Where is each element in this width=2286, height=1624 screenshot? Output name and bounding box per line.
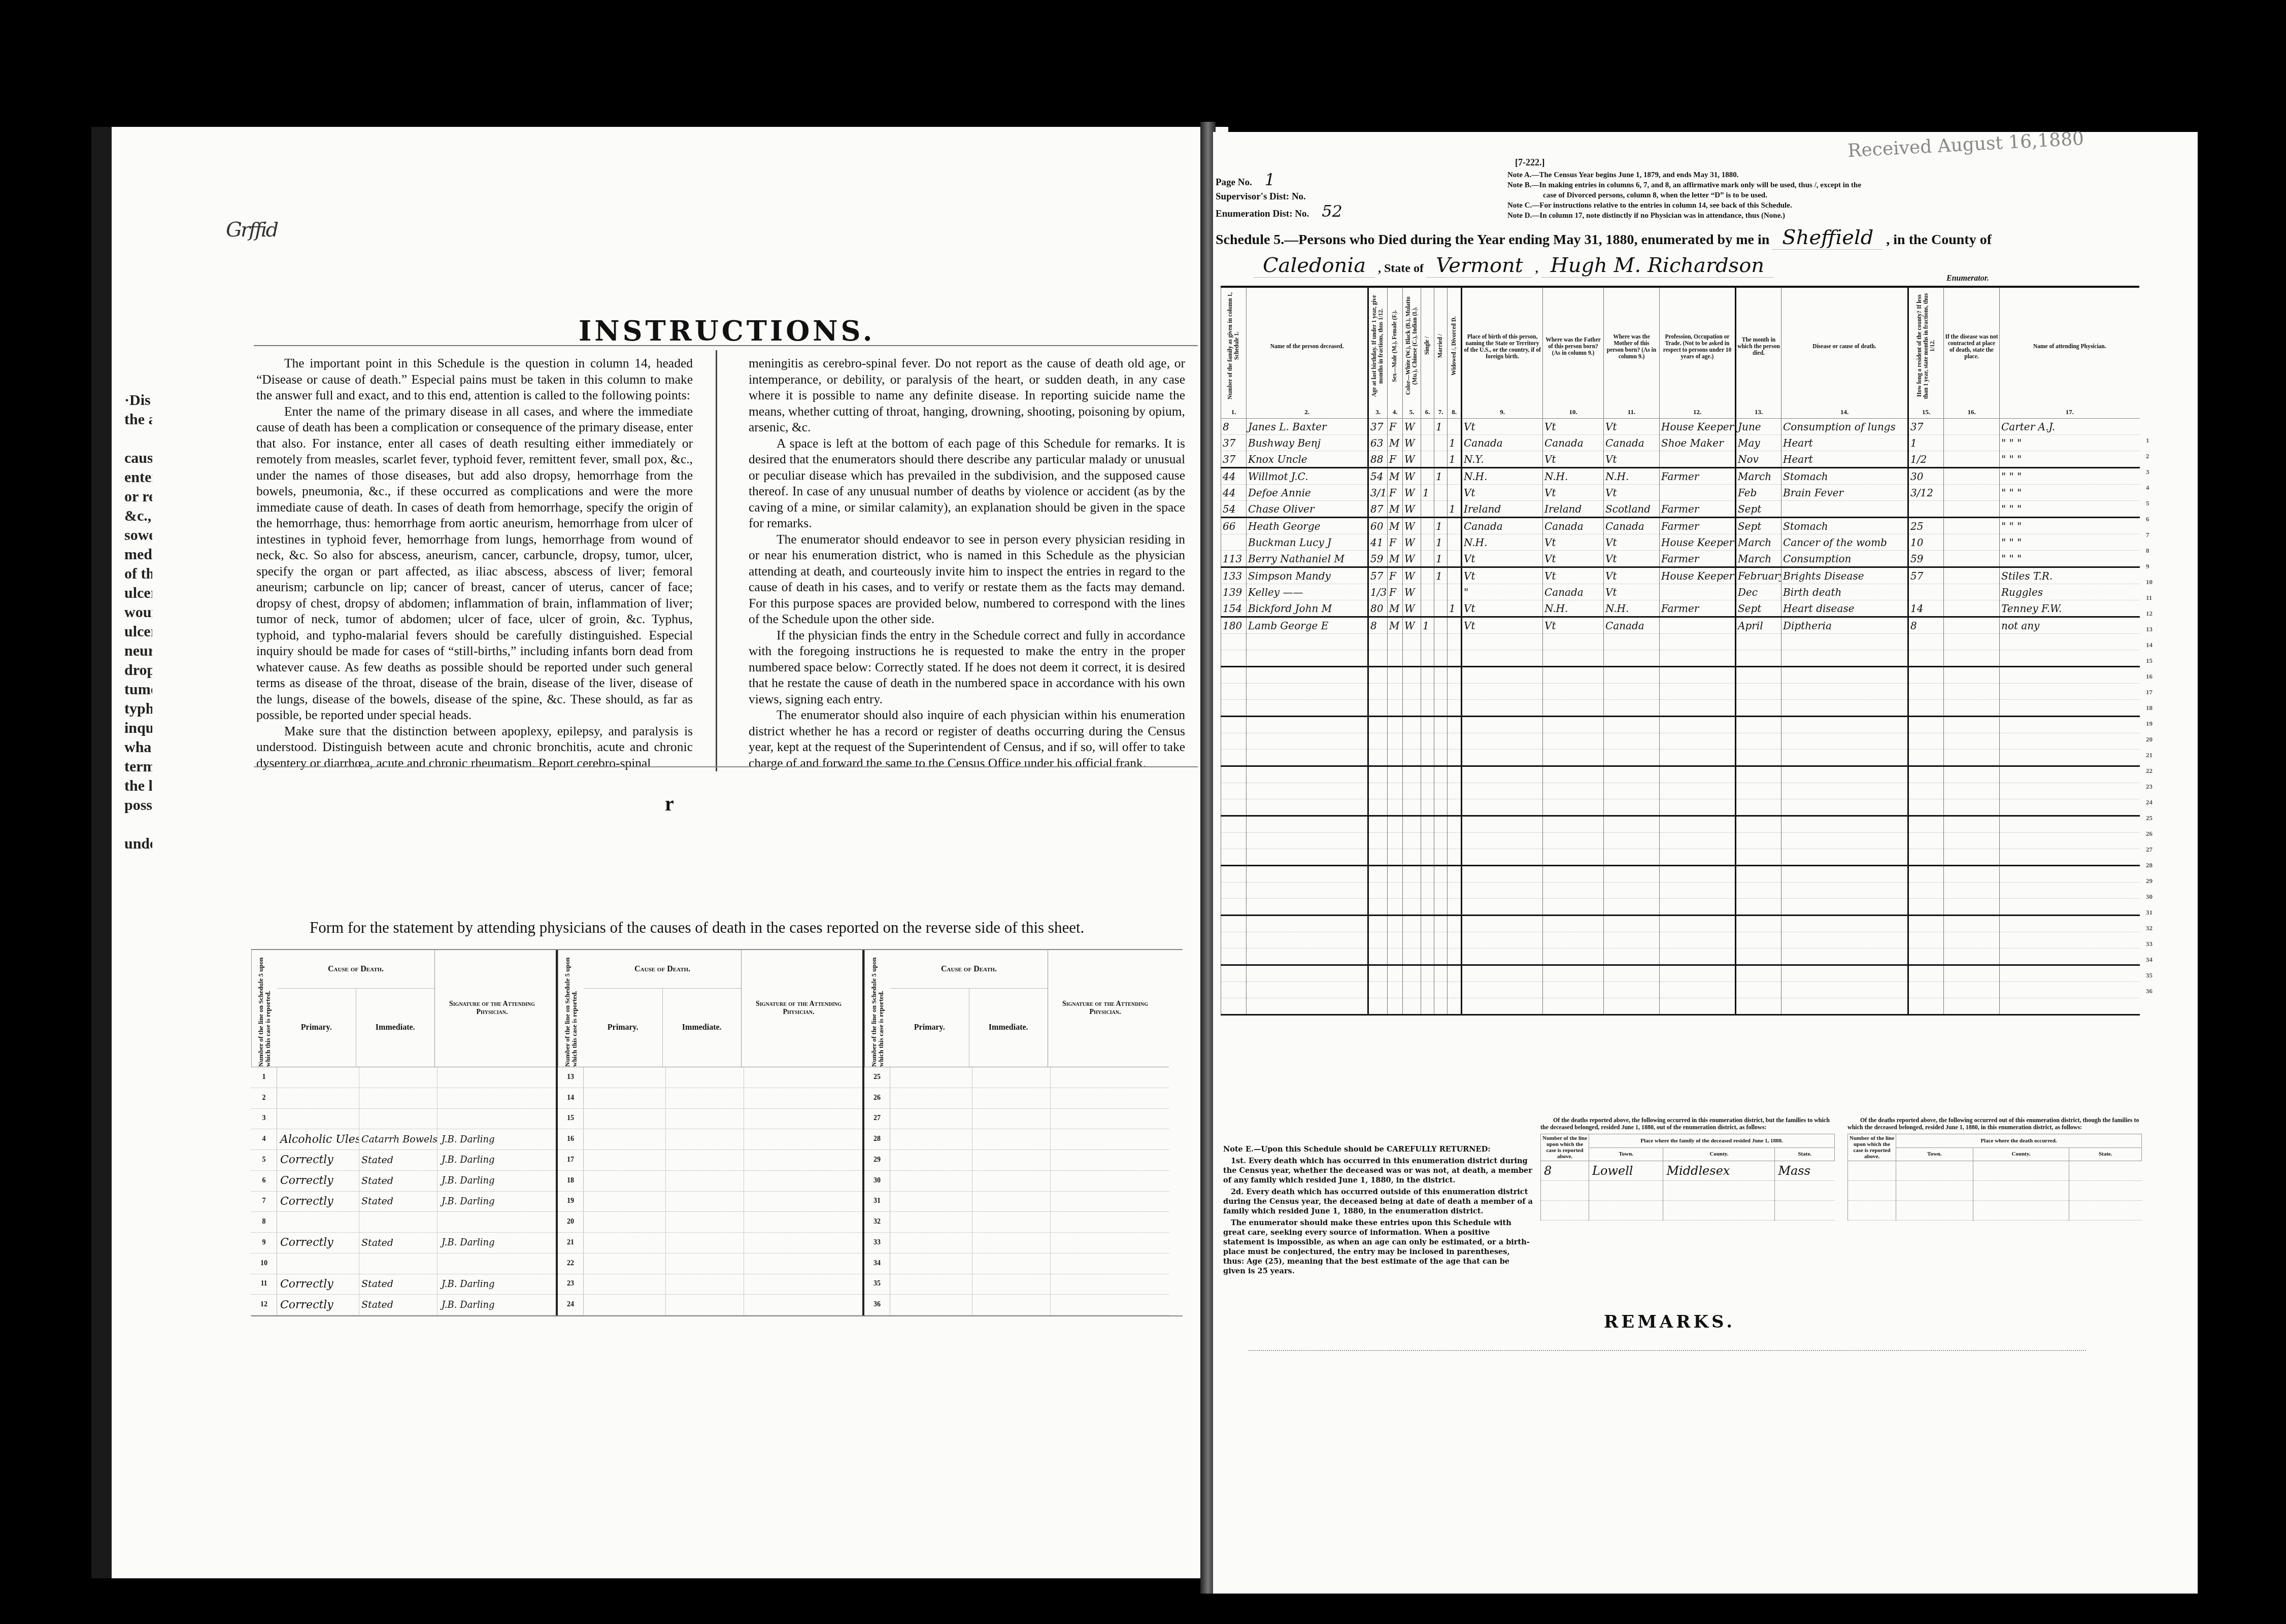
- empty-cell[interactable]: [1462, 833, 1543, 849]
- cell-married[interactable]: 1: [1434, 551, 1448, 567]
- cell-month[interactable]: Nov: [1736, 451, 1781, 468]
- cell-place[interactable]: [1944, 451, 2000, 468]
- cell-physician[interactable]: Stiles T.R.: [2000, 567, 2140, 584]
- empty-cell[interactable]: [1403, 949, 1421, 965]
- cell-sex[interactable]: M: [1388, 600, 1403, 617]
- empty-cell[interactable]: [1462, 982, 1543, 998]
- empty-cell[interactable]: [1736, 783, 1781, 799]
- empty-cell[interactable]: [1736, 916, 1781, 932]
- cell-married[interactable]: [1434, 584, 1448, 600]
- empty-cell[interactable]: [2000, 783, 2140, 799]
- empty-cell[interactable]: [1434, 750, 1448, 766]
- empty-cell[interactable]: [1448, 866, 1462, 883]
- cell-family[interactable]: 54: [1221, 501, 1247, 518]
- cell-occupation[interactable]: Farmer: [1660, 501, 1736, 518]
- cell-place[interactable]: [1944, 468, 2000, 485]
- physician-signature-field[interactable]: [1051, 1274, 1169, 1295]
- empty-cell[interactable]: [1421, 883, 1434, 899]
- cell-age[interactable]: 57: [1368, 567, 1388, 584]
- empty-cell[interactable]: [2000, 816, 2140, 833]
- empty-cell[interactable]: [1462, 733, 1543, 750]
- empty-cell[interactable]: [1368, 634, 1388, 650]
- empty-cell[interactable]: [1604, 684, 1660, 700]
- empty-cell[interactable]: [1660, 700, 1736, 717]
- empty-cell[interactable]: [1421, 866, 1434, 883]
- empty-cell[interactable]: [1908, 982, 1944, 998]
- empty-cell[interactable]: [1421, 650, 1434, 667]
- empty-cell[interactable]: [1944, 783, 2000, 799]
- empty-cell[interactable]: [1908, 750, 1944, 766]
- immediate-cause-field[interactable]: [972, 1067, 1051, 1088]
- empty-cell[interactable]: [1908, 766, 1944, 783]
- cell-family[interactable]: 133: [1221, 567, 1247, 584]
- empty-cell[interactable]: [1221, 634, 1247, 650]
- cell-mother[interactable]: Vt: [1604, 485, 1660, 501]
- cell-widowed[interactable]: [1448, 468, 1462, 485]
- empty-cell[interactable]: [1660, 816, 1736, 833]
- empty-cell[interactable]: [1247, 833, 1368, 849]
- empty-cell[interactable]: [1781, 650, 1908, 667]
- empty-cell[interactable]: [1944, 998, 2000, 1015]
- empty-cell[interactable]: [1543, 733, 1604, 750]
- empty-cell[interactable]: [2000, 916, 2140, 932]
- cell-family[interactable]: 8: [1221, 419, 1247, 435]
- empty-cell[interactable]: [1221, 717, 1247, 733]
- cell-mother[interactable]: N.H.: [1604, 468, 1660, 485]
- empty-cell[interactable]: [1388, 799, 1403, 816]
- cell-father[interactable]: Vt: [1543, 534, 1604, 551]
- empty-cell[interactable]: [1247, 899, 1368, 916]
- empty-cell[interactable]: [1247, 750, 1368, 766]
- empty-cell[interactable]: [1403, 849, 1421, 866]
- cell-color[interactable]: W: [1403, 584, 1421, 600]
- empty-cell[interactable]: [1368, 932, 1388, 949]
- empty-cell[interactable]: [1421, 667, 1434, 684]
- cell-color[interactable]: W: [1403, 485, 1421, 501]
- cell-age[interactable]: 88: [1368, 451, 1388, 468]
- cell-age[interactable]: 59: [1368, 551, 1388, 567]
- immediate-cause-field[interactable]: [666, 1088, 744, 1108]
- empty-cell[interactable]: [1660, 849, 1736, 866]
- cell-residence[interactable]: 8: [1908, 617, 1944, 634]
- empty-cell[interactable]: [1660, 866, 1736, 883]
- empty-cell[interactable]: [1908, 849, 1944, 866]
- physician-signature-field[interactable]: [1051, 1233, 1169, 1253]
- empty-cell[interactable]: [1736, 932, 1781, 949]
- empty-cell[interactable]: [1247, 849, 1368, 866]
- empty-cell[interactable]: [1781, 866, 1908, 883]
- empty-cell[interactable]: [1908, 700, 1944, 717]
- empty-cell[interactable]: [2000, 899, 2140, 916]
- empty-cell[interactable]: [1781, 766, 1908, 783]
- empty-cell[interactable]: [1543, 998, 1604, 1015]
- empty-cell[interactable]: [1448, 667, 1462, 684]
- cell-father[interactable]: Canada: [1543, 584, 1604, 600]
- empty-cell[interactable]: [1221, 700, 1247, 717]
- cell-widowed[interactable]: 1: [1448, 600, 1462, 617]
- empty-cell[interactable]: [1908, 816, 1944, 833]
- cell-occupation[interactable]: [1660, 485, 1736, 501]
- empty-cell[interactable]: [1388, 965, 1403, 982]
- primary-cause-field[interactable]: [584, 1254, 666, 1274]
- cell-month[interactable]: April: [1736, 617, 1781, 634]
- empty-cell[interactable]: [1781, 932, 1908, 949]
- empty-cell[interactable]: [1781, 783, 1908, 799]
- empty-cell[interactable]: [1908, 932, 1944, 949]
- cell-cause[interactable]: Diptheria: [1781, 617, 1908, 634]
- empty-cell[interactable]: [2000, 799, 2140, 816]
- cell-name[interactable]: Buckman Lucy J: [1247, 534, 1368, 551]
- empty-cell[interactable]: [1660, 766, 1736, 783]
- cell-town[interactable]: [1589, 1181, 1663, 1201]
- empty-cell[interactable]: [2000, 883, 2140, 899]
- physician-signature-field[interactable]: [1051, 1295, 1169, 1315]
- cell-occupation[interactable]: Farmer: [1660, 551, 1736, 567]
- empty-cell[interactable]: [2000, 949, 2140, 965]
- immediate-cause-field[interactable]: [359, 1212, 438, 1232]
- empty-cell[interactable]: [1403, 932, 1421, 949]
- primary-cause-field[interactable]: Alcoholic Ules: [277, 1129, 359, 1149]
- cell-county[interactable]: [1973, 1161, 2069, 1181]
- empty-cell[interactable]: [1908, 833, 1944, 849]
- empty-cell[interactable]: [1388, 684, 1403, 700]
- cell-cause[interactable]: Heart: [1781, 451, 1908, 468]
- cell-name[interactable]: Simpson Mandy: [1247, 567, 1368, 584]
- empty-cell[interactable]: [1543, 932, 1604, 949]
- empty-cell[interactable]: [1403, 833, 1421, 849]
- cell-mother[interactable]: Scotland: [1604, 501, 1660, 518]
- cell-birth[interactable]: Vt: [1462, 485, 1543, 501]
- immediate-cause-field[interactable]: [666, 1274, 744, 1295]
- cell-place[interactable]: [1944, 600, 2000, 617]
- cell-place[interactable]: [1944, 567, 2000, 584]
- immediate-cause-field[interactable]: [666, 1109, 744, 1129]
- cell-family[interactable]: 37: [1221, 435, 1247, 451]
- immediate-cause-field[interactable]: [359, 1109, 438, 1129]
- physician-signature-field[interactable]: [1051, 1150, 1169, 1170]
- primary-cause-field[interactable]: [890, 1109, 972, 1129]
- cell-residence[interactable]: 14: [1908, 600, 1944, 617]
- cell-place[interactable]: [1944, 419, 2000, 435]
- empty-cell[interactable]: [1221, 883, 1247, 899]
- cell-residence[interactable]: 25: [1908, 518, 1944, 534]
- cell-occupation[interactable]: [1660, 617, 1736, 634]
- cell-physician[interactable]: " " ": [2000, 468, 2140, 485]
- empty-cell[interactable]: [1388, 982, 1403, 998]
- empty-cell[interactable]: [1403, 783, 1421, 799]
- empty-cell[interactable]: [1403, 883, 1421, 899]
- empty-cell[interactable]: [1448, 816, 1462, 833]
- empty-cell[interactable]: [1388, 700, 1403, 717]
- empty-cell[interactable]: [1388, 916, 1403, 932]
- empty-cell[interactable]: [1434, 932, 1448, 949]
- cell-mother[interactable]: Canada: [1604, 518, 1660, 534]
- empty-cell[interactable]: [1944, 667, 2000, 684]
- cell-state[interactable]: [1775, 1201, 1835, 1221]
- cell-place[interactable]: [1944, 584, 2000, 600]
- empty-cell[interactable]: [1421, 750, 1434, 766]
- cell-place[interactable]: [1944, 485, 2000, 501]
- empty-cell[interactable]: [1448, 982, 1462, 998]
- empty-cell[interactable]: [1944, 684, 2000, 700]
- cell-mother[interactable]: Vt: [1604, 551, 1660, 567]
- empty-cell[interactable]: [1462, 998, 1543, 1015]
- empty-cell[interactable]: [1403, 799, 1421, 816]
- cell-mother[interactable]: Canada: [1604, 617, 1660, 634]
- cell-married[interactable]: [1434, 485, 1448, 501]
- primary-cause-field[interactable]: [584, 1067, 666, 1088]
- cell-family[interactable]: [1221, 534, 1247, 551]
- empty-cell[interactable]: [1944, 634, 2000, 650]
- empty-cell[interactable]: [1736, 899, 1781, 916]
- primary-cause-field[interactable]: [277, 1109, 359, 1129]
- cell-residence[interactable]: 1/2: [1908, 451, 1944, 468]
- cell-mother[interactable]: Vt: [1604, 584, 1660, 600]
- cell-line[interactable]: [1848, 1201, 1896, 1221]
- cell-physician[interactable]: " " ": [2000, 435, 2140, 451]
- cell-birth[interactable]: Canada: [1462, 435, 1543, 451]
- empty-cell[interactable]: [1448, 783, 1462, 799]
- empty-cell[interactable]: [1448, 998, 1462, 1015]
- empty-cell[interactable]: [2000, 932, 2140, 949]
- cell-widowed[interactable]: [1448, 617, 1462, 634]
- cell-age[interactable]: 41: [1368, 534, 1388, 551]
- empty-cell[interactable]: [1736, 949, 1781, 965]
- empty-cell[interactable]: [1660, 965, 1736, 982]
- empty-cell[interactable]: [1462, 717, 1543, 733]
- cell-birth[interactable]: N.H.: [1462, 468, 1543, 485]
- immediate-cause-field[interactable]: Stated: [359, 1150, 438, 1170]
- empty-cell[interactable]: [1604, 634, 1660, 650]
- empty-cell[interactable]: [1221, 799, 1247, 816]
- remarks-line[interactable]: [1249, 1350, 2086, 1351]
- cell-married[interactable]: [1434, 451, 1448, 468]
- empty-cell[interactable]: [1403, 916, 1421, 932]
- empty-cell[interactable]: [1448, 700, 1462, 717]
- empty-cell[interactable]: [1604, 932, 1660, 949]
- empty-cell[interactable]: [1781, 667, 1908, 684]
- empty-cell[interactable]: [1908, 667, 1944, 684]
- cell-mother[interactable]: Vt: [1604, 567, 1660, 584]
- empty-cell[interactable]: [1421, 717, 1434, 733]
- empty-cell[interactable]: [1604, 916, 1660, 932]
- cell-widowed[interactable]: [1448, 551, 1462, 567]
- empty-cell[interactable]: [1448, 766, 1462, 783]
- cell-physician[interactable]: Tenney F.W.: [2000, 600, 2140, 617]
- immediate-cause-field[interactable]: [972, 1109, 1051, 1129]
- empty-cell[interactable]: [1221, 998, 1247, 1015]
- cell-widowed[interactable]: [1448, 534, 1462, 551]
- empty-cell[interactable]: [1221, 932, 1247, 949]
- empty-cell[interactable]: [1462, 849, 1543, 866]
- empty-cell[interactable]: [1736, 883, 1781, 899]
- cell-physician[interactable]: " " ": [2000, 518, 2140, 534]
- empty-cell[interactable]: [1388, 816, 1403, 833]
- cell-color[interactable]: W: [1403, 419, 1421, 435]
- immediate-cause-field[interactable]: [666, 1233, 744, 1253]
- cell-married[interactable]: 1: [1434, 567, 1448, 584]
- cell-physician[interactable]: Ruggles: [2000, 584, 2140, 600]
- empty-cell[interactable]: [1944, 733, 2000, 750]
- empty-cell[interactable]: [1660, 733, 1736, 750]
- cell-father[interactable]: Vt: [1543, 419, 1604, 435]
- immediate-cause-field[interactable]: [666, 1067, 744, 1088]
- empty-cell[interactable]: [1604, 866, 1660, 883]
- cell-name[interactable]: Defoe Annie: [1247, 485, 1368, 501]
- empty-cell[interactable]: [1434, 717, 1448, 733]
- empty-cell[interactable]: [1403, 998, 1421, 1015]
- physician-signature-field[interactable]: [744, 1109, 862, 1129]
- empty-cell[interactable]: [1543, 717, 1604, 733]
- physician-signature-field[interactable]: [1051, 1067, 1169, 1088]
- cell-occupation[interactable]: Farmer: [1660, 600, 1736, 617]
- empty-cell[interactable]: [1781, 816, 1908, 833]
- cell-sex[interactable]: F: [1388, 534, 1403, 551]
- immediate-cause-field[interactable]: Stated: [359, 1192, 438, 1212]
- empty-cell[interactable]: [1604, 766, 1660, 783]
- primary-cause-field[interactable]: [584, 1274, 666, 1295]
- cell-family[interactable]: 113: [1221, 551, 1247, 567]
- cell-month[interactable]: February: [1736, 567, 1781, 584]
- cell-single[interactable]: [1421, 501, 1434, 518]
- empty-cell[interactable]: [1908, 634, 1944, 650]
- empty-cell[interactable]: [1247, 783, 1368, 799]
- cell-state[interactable]: [1775, 1181, 1835, 1201]
- empty-cell[interactable]: [2000, 849, 2140, 866]
- empty-cell[interactable]: [1944, 717, 2000, 733]
- immediate-cause-field[interactable]: [666, 1150, 744, 1170]
- cell-name[interactable]: Bickford John M: [1247, 600, 1368, 617]
- empty-cell[interactable]: [1403, 899, 1421, 916]
- empty-cell[interactable]: [1781, 684, 1908, 700]
- empty-cell[interactable]: [1944, 932, 2000, 949]
- primary-cause-field[interactable]: [890, 1254, 972, 1274]
- empty-cell[interactable]: [1781, 949, 1908, 965]
- cell-mother[interactable]: Canada: [1604, 435, 1660, 451]
- empty-cell[interactable]: [1403, 650, 1421, 667]
- empty-cell[interactable]: [1908, 684, 1944, 700]
- empty-cell[interactable]: [1908, 949, 1944, 965]
- cell-name[interactable]: Willmot J.C.: [1247, 468, 1368, 485]
- empty-cell[interactable]: [1421, 634, 1434, 650]
- cell-state[interactable]: [2069, 1161, 2142, 1181]
- physician-signature-field[interactable]: J.B. Darling: [438, 1129, 556, 1149]
- empty-cell[interactable]: [1543, 899, 1604, 916]
- cell-cause[interactable]: Consumption of lungs: [1781, 419, 1908, 435]
- empty-cell[interactable]: [1448, 833, 1462, 849]
- cell-father[interactable]: Canada: [1543, 435, 1604, 451]
- empty-cell[interactable]: [1908, 783, 1944, 799]
- immediate-cause-field[interactable]: [359, 1067, 438, 1088]
- cell-color[interactable]: W: [1403, 518, 1421, 534]
- empty-cell[interactable]: [1421, 899, 1434, 916]
- empty-cell[interactable]: [1604, 650, 1660, 667]
- primary-cause-field[interactable]: [890, 1171, 972, 1191]
- cell-month[interactable]: Dec: [1736, 584, 1781, 600]
- cell-line[interactable]: 8: [1541, 1161, 1589, 1181]
- empty-cell[interactable]: [1736, 733, 1781, 750]
- empty-cell[interactable]: [1247, 799, 1368, 816]
- cell-age[interactable]: 80: [1368, 600, 1388, 617]
- empty-cell[interactable]: [1543, 982, 1604, 998]
- empty-cell[interactable]: [1543, 766, 1604, 783]
- empty-cell[interactable]: [1247, 667, 1368, 684]
- immediate-cause-field[interactable]: [666, 1212, 744, 1232]
- cell-line[interactable]: [1848, 1181, 1896, 1201]
- cell-month[interactable]: Sept: [1736, 501, 1781, 518]
- empty-cell[interactable]: [1781, 700, 1908, 717]
- empty-cell[interactable]: [1604, 816, 1660, 833]
- empty-cell[interactable]: [1434, 634, 1448, 650]
- cell-family[interactable]: 66: [1221, 518, 1247, 534]
- empty-cell[interactable]: [1368, 750, 1388, 766]
- empty-cell[interactable]: [1434, 899, 1448, 916]
- empty-cell[interactable]: [1781, 916, 1908, 932]
- empty-cell[interactable]: [1221, 750, 1247, 766]
- empty-cell[interactable]: [1781, 833, 1908, 849]
- empty-cell[interactable]: [1421, 916, 1434, 932]
- physician-signature-field[interactable]: [744, 1233, 862, 1253]
- empty-cell[interactable]: [1604, 982, 1660, 998]
- primary-cause-field[interactable]: [584, 1233, 666, 1253]
- physician-signature-field[interactable]: [744, 1171, 862, 1191]
- empty-cell[interactable]: [1448, 849, 1462, 866]
- empty-cell[interactable]: [1221, 766, 1247, 783]
- empty-cell[interactable]: [1604, 799, 1660, 816]
- empty-cell[interactable]: [1908, 883, 1944, 899]
- cell-state[interactable]: [2069, 1181, 2142, 1201]
- empty-cell[interactable]: [1944, 883, 2000, 899]
- cell-occupation[interactable]: Farmer: [1660, 468, 1736, 485]
- empty-cell[interactable]: [1368, 883, 1388, 899]
- empty-cell[interactable]: [1908, 916, 1944, 932]
- physician-signature-field[interactable]: [744, 1150, 862, 1170]
- empty-cell[interactable]: [1421, 965, 1434, 982]
- cell-birth[interactable]: N.H.: [1462, 534, 1543, 551]
- cell-county[interactable]: [1973, 1201, 2069, 1221]
- empty-cell[interactable]: [1448, 634, 1462, 650]
- empty-cell[interactable]: [1736, 667, 1781, 684]
- cell-month[interactable]: March: [1736, 534, 1781, 551]
- cell-family[interactable]: 44: [1221, 468, 1247, 485]
- empty-cell[interactable]: [1368, 833, 1388, 849]
- cell-place[interactable]: [1944, 501, 2000, 518]
- empty-cell[interactable]: [1448, 916, 1462, 932]
- empty-cell[interactable]: [1781, 883, 1908, 899]
- empty-cell[interactable]: [1448, 799, 1462, 816]
- empty-cell[interactable]: [1221, 783, 1247, 799]
- empty-cell[interactable]: [1221, 684, 1247, 700]
- empty-cell[interactable]: [1368, 965, 1388, 982]
- cell-sex[interactable]: F: [1388, 419, 1403, 435]
- empty-cell[interactable]: [1448, 750, 1462, 766]
- empty-cell[interactable]: [1604, 783, 1660, 799]
- cell-single[interactable]: [1421, 419, 1434, 435]
- empty-cell[interactable]: [1448, 684, 1462, 700]
- empty-cell[interactable]: [1448, 733, 1462, 750]
- cell-married[interactable]: [1434, 600, 1448, 617]
- cell-name[interactable]: Chase Oliver: [1247, 501, 1368, 518]
- empty-cell[interactable]: [1421, 816, 1434, 833]
- cell-county[interactable]: [1973, 1181, 2069, 1201]
- empty-cell[interactable]: [1543, 799, 1604, 816]
- cell-color[interactable]: W: [1403, 534, 1421, 551]
- empty-cell[interactable]: [1221, 667, 1247, 684]
- cell-occupation[interactable]: [1660, 451, 1736, 468]
- cell-birth[interactable]: Vt: [1462, 567, 1543, 584]
- cell-residence[interactable]: 59: [1908, 551, 1944, 567]
- cell-married[interactable]: 1: [1434, 534, 1448, 551]
